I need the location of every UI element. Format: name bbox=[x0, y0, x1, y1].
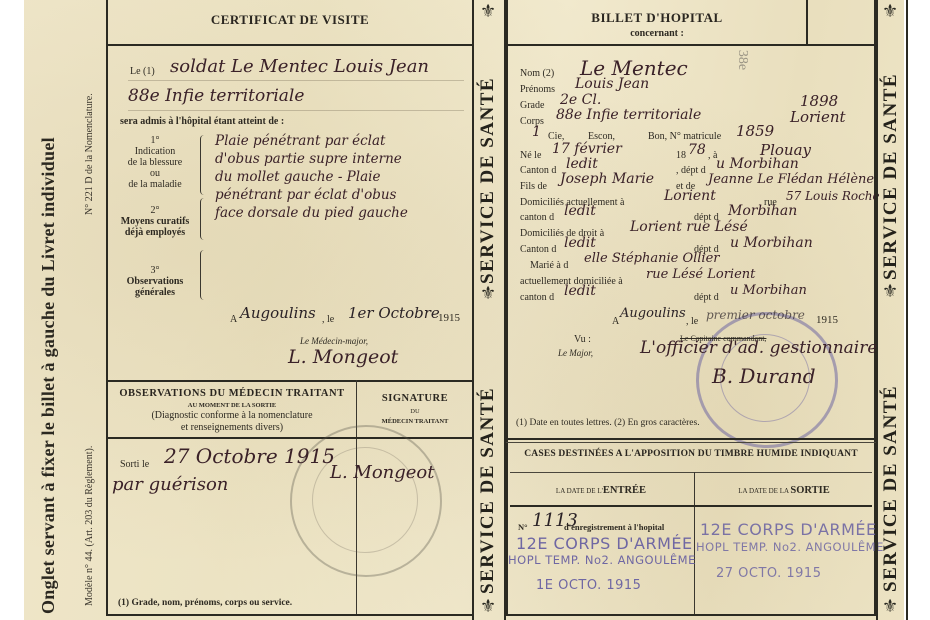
label-line: déjà employés bbox=[112, 227, 198, 238]
corps-value: 88e Infie territoriale bbox=[556, 107, 701, 123]
recrutement-value: Lorient bbox=[790, 108, 846, 126]
sortie-stamp-line1: 12E CORPS D'ARMÉE bbox=[700, 520, 877, 539]
canton4-value: ledit bbox=[564, 283, 596, 299]
section1-label: Indication de la blessure ou de la malad… bbox=[112, 146, 198, 190]
band-text: SERVICE DE SANTÉ bbox=[880, 73, 902, 280]
actuel-value: rue Lésé Lorient bbox=[646, 267, 755, 282]
canton3-label: Canton d bbox=[520, 244, 556, 255]
domicile-value: Lorient bbox=[664, 188, 716, 204]
date-value: 1er Octobre bbox=[348, 304, 440, 322]
observations-subtitle: AU MOMENT DE LA SORTIE bbox=[108, 402, 356, 409]
major-label: Le Major, bbox=[558, 348, 593, 358]
canton4-label: canton d bbox=[520, 292, 554, 303]
place-prefix: A bbox=[612, 316, 619, 327]
section3-label: Observations générales bbox=[112, 276, 198, 298]
observations-detail2: et renseignements divers) bbox=[108, 422, 356, 433]
medecin-signature: L. Mongeot bbox=[288, 346, 398, 368]
canton2-label: canton d bbox=[520, 212, 554, 223]
ne-value: 17 février bbox=[552, 141, 622, 157]
fils-value: Joseph Marie bbox=[560, 171, 654, 187]
canton3-value: ledit bbox=[564, 235, 596, 251]
rule bbox=[128, 80, 464, 81]
brace bbox=[200, 250, 207, 300]
officier-signature: B. Durand bbox=[712, 364, 816, 388]
text-line: d'obus partie supre interne bbox=[215, 150, 408, 168]
enreg-label: d'enregistrement à l'hopital bbox=[564, 522, 664, 532]
section3-num: 3° bbox=[112, 265, 198, 276]
column-divider bbox=[694, 472, 695, 614]
field-label: Grade bbox=[520, 100, 544, 111]
divider bbox=[510, 472, 872, 473]
text-line: face dorsale du pied gauche bbox=[215, 204, 408, 222]
cases-title: CASES DESTINÉES A L'APPOSITION DU TIMBRE… bbox=[508, 449, 874, 459]
billet-title: BILLET D'HOPITAL bbox=[508, 10, 806, 26]
sortie-stamp-date: 27 OCTO. 1915 bbox=[716, 566, 821, 581]
sortie-label: SORTIE bbox=[790, 485, 829, 496]
droit-value: Lorient rue Lésé bbox=[630, 219, 748, 235]
dep4-value: u Morbihan bbox=[730, 283, 807, 298]
ne-year-value: 78 bbox=[688, 142, 706, 158]
header-divider bbox=[806, 0, 808, 44]
date-prefix: , le bbox=[322, 314, 334, 325]
matricule-value: 1859 bbox=[736, 122, 774, 140]
officier-value: L'officier d'ad. gestionnaire bbox=[640, 338, 877, 358]
marie-label: Marié à d bbox=[530, 260, 568, 271]
divider bbox=[506, 44, 876, 46]
section1-num: 1° bbox=[112, 135, 198, 146]
marie-value: elle Stéphanie Ollier bbox=[584, 251, 720, 266]
signature-du: DU bbox=[358, 408, 472, 415]
rule bbox=[128, 110, 464, 111]
year: 1915 bbox=[816, 314, 838, 326]
entree-header: LA DATE DE L'ENTRÉE bbox=[508, 485, 694, 496]
divider bbox=[506, 438, 876, 440]
ne-year-prefix: 18 bbox=[676, 150, 686, 161]
margin-note: 38e bbox=[734, 50, 750, 70]
dep1-label: , dépt d bbox=[676, 165, 706, 176]
nomenclature-number: N° 221 D de la Nomenclature. bbox=[84, 93, 95, 215]
fleur-de-lis-icon: ⚜ bbox=[882, 283, 898, 301]
billet-subtitle: concernant : bbox=[508, 28, 806, 39]
le-label: Le (1) bbox=[130, 66, 155, 77]
divider bbox=[106, 44, 474, 46]
entree-label: ENTRÉE bbox=[603, 485, 646, 496]
unit-value: 88e Infie territoriale bbox=[128, 86, 304, 106]
band-text: SERVICE DE SANTÉ bbox=[477, 77, 499, 284]
fleur-de-lis-icon: ⚜ bbox=[480, 3, 496, 21]
divider bbox=[506, 442, 876, 443]
admis-label: sera admis à l'hôpital étant atteint de … bbox=[120, 116, 284, 127]
year: 1915 bbox=[438, 312, 460, 324]
label-line: générales bbox=[112, 287, 198, 298]
label-line: ou bbox=[112, 168, 198, 179]
section2-label: Moyens curatifs déjà employés bbox=[112, 216, 198, 238]
modele-number: Modèle n° 44. (Art. 203 du Règlement). bbox=[84, 446, 95, 606]
label-line: Indication bbox=[112, 146, 198, 157]
label-line: Moyens curatifs bbox=[112, 216, 198, 227]
dep2-value: Morbihan bbox=[728, 203, 797, 219]
vu-label: Vu : bbox=[574, 334, 591, 345]
dep3-value: u Morbihan bbox=[730, 235, 813, 251]
billet-footnote: (1) Date en toutes lettres. (2) En gros … bbox=[516, 418, 700, 428]
field-label: Nom (2) bbox=[520, 68, 554, 79]
mere-value: Jeanne Le Flédan Hélène bbox=[708, 172, 874, 187]
cie-value: 1 bbox=[532, 124, 541, 140]
divider bbox=[510, 505, 872, 507]
dep4-label: dépt d bbox=[694, 292, 719, 303]
observations-title: OBSERVATIONS DU MÉDECIN TRAITANT bbox=[108, 388, 356, 399]
entree-stamp-line2: HOPL TEMP. No2. ANGOULÊME bbox=[508, 553, 696, 567]
sorti-label: Sorti le bbox=[120, 459, 149, 470]
matricule-label: Bon, N° matricule bbox=[648, 131, 721, 142]
band-text: SERVICE DE SANTÉ bbox=[477, 387, 499, 594]
entree-stamp-date: 1E OCTO. 1915 bbox=[536, 578, 641, 593]
fils-label: Fils de bbox=[520, 181, 547, 192]
date-value: premier octobre bbox=[706, 308, 805, 322]
prenoms-value: Louis Jean bbox=[575, 76, 649, 92]
label-line: de la blessure bbox=[112, 157, 198, 168]
canton1-value: ledit bbox=[566, 156, 598, 172]
grade-value: 2e Cl. bbox=[560, 92, 601, 108]
sortie-prefix: LA DATE DE LA bbox=[738, 487, 788, 495]
sorti-date: 27 Octobre 1915 bbox=[164, 444, 335, 468]
wound-description: Plaie pénétrant par éclat d'obus partie … bbox=[215, 132, 408, 222]
medecin-label: Le Médecin-major, bbox=[300, 336, 368, 346]
certificat-footnote: (1) Grade, nom, prénoms, corps ou servic… bbox=[118, 598, 292, 608]
divider bbox=[106, 437, 474, 439]
entree-prefix: LA DATE DE L' bbox=[556, 487, 603, 495]
canton2-value: ledit bbox=[564, 203, 596, 219]
label-line: Observations bbox=[112, 276, 198, 287]
ne-label: Né le bbox=[520, 150, 541, 161]
certificat-title: CERTIFICAT DE VISITE bbox=[108, 12, 472, 28]
soldier-name-value: soldat Le Mentec Louis Jean bbox=[170, 56, 429, 77]
section2-num: 2° bbox=[112, 205, 198, 216]
text-line: Plaie pénétrant par éclat bbox=[215, 132, 408, 150]
divider bbox=[106, 380, 474, 382]
text-line: du mollet gauche - Plaie bbox=[215, 168, 408, 186]
brace bbox=[200, 135, 207, 195]
enreg-prefix: N° bbox=[518, 522, 528, 532]
label-line: de la maladie bbox=[112, 179, 198, 190]
text-line: pénétrant par éclat d'obus bbox=[215, 186, 408, 204]
sorti-reason: par guérison bbox=[112, 474, 228, 495]
fleur-de-lis-icon: ⚜ bbox=[480, 598, 496, 616]
signature-sub: MÉDECIN TRAITANT bbox=[358, 418, 472, 425]
dep1-value: u Morbihan bbox=[716, 156, 799, 172]
medecin-traitant-signature: L. Mongeot bbox=[330, 462, 435, 483]
place-value: Augoulins bbox=[240, 304, 316, 322]
fleur-de-lis-icon: ⚜ bbox=[882, 3, 898, 21]
band-text: SERVICE DE SANTÉ bbox=[880, 385, 902, 592]
fleur-de-lis-icon: ⚜ bbox=[480, 285, 496, 303]
brace bbox=[200, 198, 207, 240]
fleur-de-lis-icon: ⚜ bbox=[882, 598, 898, 616]
observations-detail1: (Diagnostic conforme à la nomenclature bbox=[108, 410, 356, 421]
sortie-header: LA DATE DE LA SORTIE bbox=[696, 485, 872, 496]
signature-title: SIGNATURE bbox=[358, 393, 472, 404]
place-value: Augoulins bbox=[620, 306, 686, 321]
place-prefix: A bbox=[230, 314, 237, 325]
canton1-label: Canton d bbox=[520, 165, 556, 176]
entree-stamp-line1: 12E CORPS D'ARMÉE bbox=[516, 534, 693, 553]
date-prefix: , le bbox=[686, 316, 698, 327]
sortie-stamp-line2: HOPL TEMP. No2. ANGOULÊME bbox=[696, 540, 884, 554]
rue-value: 57 Louis Roche bbox=[786, 189, 880, 203]
tab-instruction: Onglet servant à fixer le billet à gauch… bbox=[38, 137, 59, 614]
field-label: Prénoms bbox=[520, 84, 555, 95]
